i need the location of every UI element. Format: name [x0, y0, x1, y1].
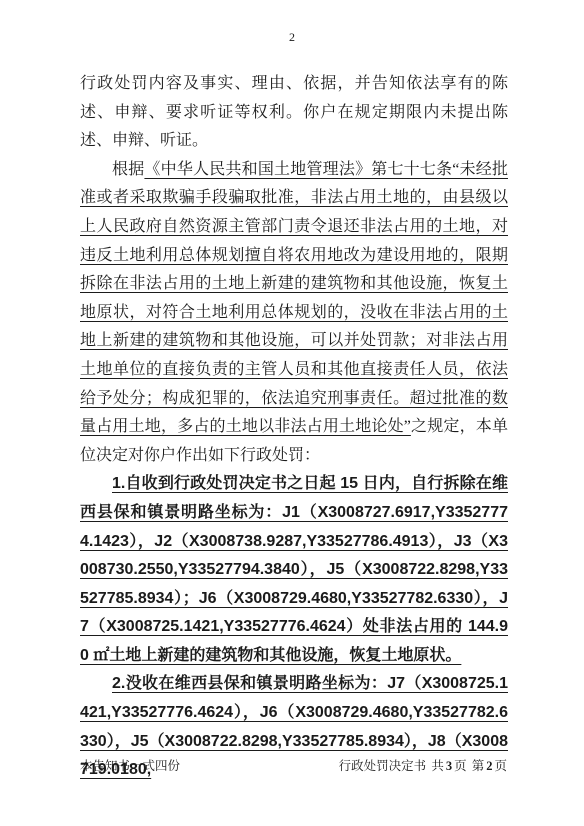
page-footer: 本告知书一式四份 行政处罚决定书 共3页 第2页	[80, 756, 508, 774]
document-page: 2 行政处罚内容及事实、理由、依据，并告知依法享有的陈述、申辩、要求听证等权利。…	[0, 0, 584, 826]
page-number: 2	[0, 30, 584, 45]
document-body: 行政处罚内容及事实、理由、依据，并告知依法享有的陈述、申辩、要求听证等权利。你户…	[80, 70, 508, 785]
footer-total-label: 共	[431, 759, 444, 773]
footer-pagination: 行政处罚决定书 共3页 第2页	[338, 756, 508, 774]
footer-total-pages: 3	[446, 759, 452, 773]
footer-current-unit: 页	[494, 759, 507, 773]
paragraph-legal-basis: 根据《中华人民共和国土地管理法》第七十七条“未经批准或者采取欺骗手段骗取批准，非…	[80, 156, 508, 471]
legal-basis-prefix: 根据	[112, 161, 144, 178]
footer-current-label: 第	[472, 759, 485, 773]
footer-current-page: 2	[486, 759, 492, 773]
footer-copies-note: 本告知书一式四份	[80, 756, 180, 774]
footer-doc-title: 行政处罚决定书	[339, 759, 427, 773]
penalty-item-1: 1.自收到行政处罚决定书之日起 15 日内，自行拆除在维西县保和镇景明路坐标为：…	[80, 470, 508, 670]
penalty-item-1-text: 1.自收到行政处罚决定书之日起 15 日内，自行拆除在维西县保和镇景明路坐标为：…	[80, 475, 508, 664]
paragraph-rights-notice: 行政处罚内容及事实、理由、依据，并告知依法享有的陈述、申辩、要求听证等权利。你户…	[80, 70, 508, 156]
footer-total-unit: 页	[454, 759, 467, 773]
legal-basis-quoted-law: 《中华人民共和国土地管理法》第七十七条“未经批准或者采取欺骗手段骗取批准，非法占…	[80, 161, 508, 435]
